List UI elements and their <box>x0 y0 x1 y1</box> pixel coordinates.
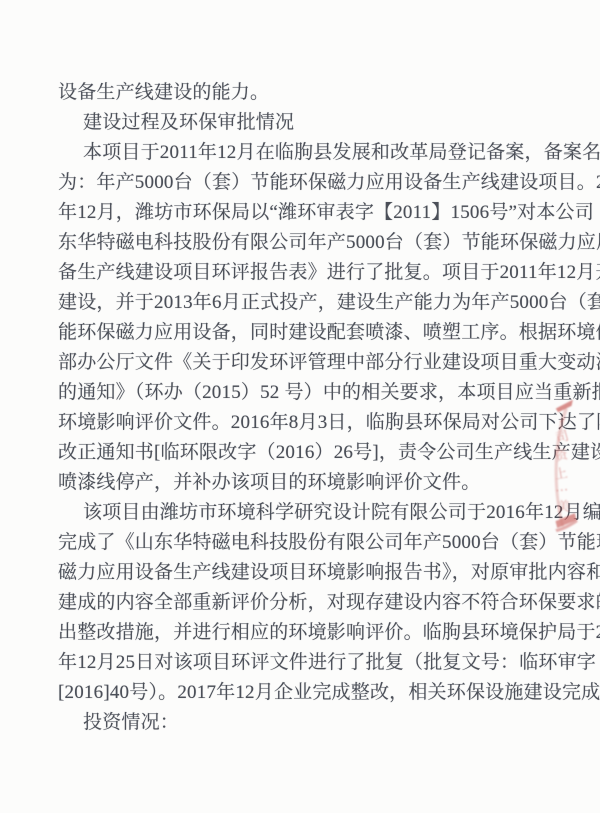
svg-text:⋯: ⋯ <box>555 482 569 498</box>
text-line: 东华特磁电科技股份有限公司年产5000台（套）节能环保磁力应用设 <box>58 228 554 258</box>
document-body: 设备生产线建设的能力。建设过程及环保审批情况本项目于2011年12月在临朐县发展… <box>58 78 554 738</box>
text-line: [2016]40号）。2017年12月企业完成整改，相关环保设施建设完成。 <box>58 678 554 708</box>
text-line: 的通知》（环办（2015）52 号）中的相关要求，本项目应当重新报批 <box>58 378 554 408</box>
text-line: 建设，并于2013年6月正式投产，建设生产能力为年产5000台（套）节 <box>58 288 554 318</box>
text-line: 喷漆线停产，并补办该项目的环境影响评价文件。 <box>58 468 554 498</box>
text-line: 投资情况： <box>58 708 554 738</box>
text-line: 磁力应用设备生产线建设项目环境影响报告书》，对原审批内容和已 <box>58 558 554 588</box>
text-line: 能环保磁力应用设备，同时建设配套喷漆、喷塑工序。根据环境保护 <box>58 318 554 348</box>
text-line: 本项目于2011年12月在临朐县发展和改革局登记备案，备案名称 <box>58 138 554 168</box>
text-line: 完成了《山东华特磁电科技股份有限公司年产5000台（套）节能环保 <box>58 528 554 558</box>
scanned-document-page: 设备生产线建设的能力。建设过程及环保审批情况本项目于2011年12月在临朐县发展… <box>0 0 600 813</box>
text-line: 建设过程及环保审批情况 <box>58 108 554 138</box>
text-line: 备生产线建设项目环评报告表》进行了批复。项目于2011年12月开工 <box>58 258 554 288</box>
text-line: 部办公厅文件《关于印发环评管理中部分行业建设项目重大变动清单 <box>58 348 554 378</box>
text-line: 环境影响评价文件。2016年8月3日，临朐县环保局对公司下达了限期 <box>58 408 554 438</box>
text-line: 为：年产5000台（套）节能环保磁力应用设备生产线建设项目。2011 <box>58 168 554 198</box>
text-line: 设备生产线建设的能力。 <box>58 78 554 108</box>
text-line: 年12月，潍坊市环保局以“潍环审表字【2011】1506号”对本公司《山 <box>58 198 554 228</box>
svg-text:上: 上 <box>553 465 568 482</box>
text-line: 改正通知书[临环限改字（2016）26号]，责令公司生产线生产建设、 <box>58 438 554 468</box>
text-line: 出整改措施，并进行相应的环境影响评价。临朐县环境保护局于2016 <box>58 618 554 648</box>
text-line: 该项目由潍坊市环境科学研究设计院有限公司于2016年12月编制 <box>58 498 554 528</box>
text-line: 年12月25日对该项目环评文件进行了批复（批复文号：临环审字 <box>58 648 554 678</box>
text-line: 建成的内容全部重新评价分析，对现存建设内容不符合环保要求的提 <box>58 588 554 618</box>
